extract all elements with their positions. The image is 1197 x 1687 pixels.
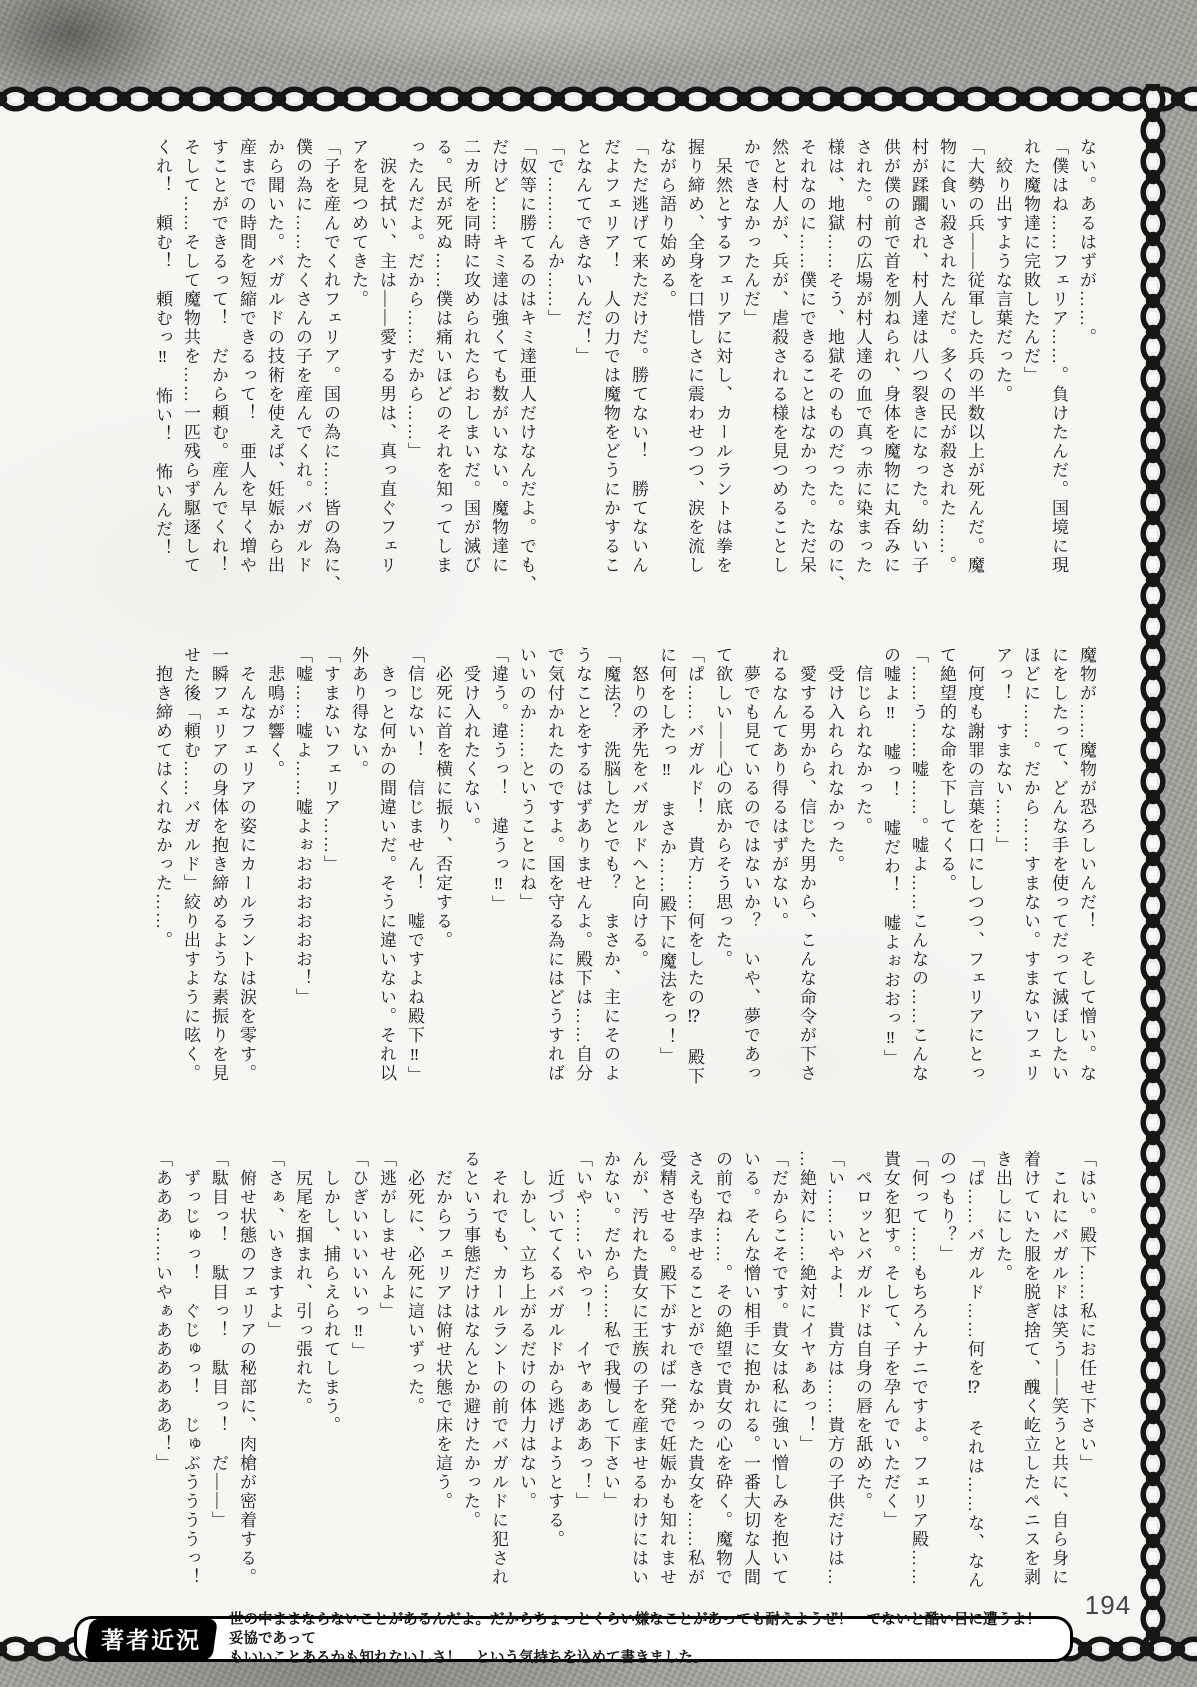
author-note-box: 著者近況 世の中ままならないことがあるんだよ。だからちょっとくらい嫌なことがあっ… <box>74 1616 1073 1662</box>
author-note-label: 著者近況 <box>84 1619 218 1660</box>
author-note-line-1: 世の中ままならないことがあるんだよ。だからちょっとくらい嫌なことがあっても耐えよ… <box>229 1611 1060 1649</box>
novel-page: ない。あるはずが……。 「僕はね……フェリア……。負けたんだ。国境に現 れた魔物… <box>0 0 1197 1687</box>
page-number: 194 <box>1078 1590 1138 1621</box>
text-band-3: 「はい。殿下……私にお任せ下さい」 これにバガルドは笑う――笑うと共に、自ら身に… <box>148 1150 1100 1622</box>
text-band-2: 魔物が……魔物が恐ろしいんだ！ そして憎い。な にをしたって、どんな手を使ってだ… <box>148 646 1100 1118</box>
text-band-1: ない。あるはずが……。 「僕はね……フェリア……。負けたんだ。国境に現 れた魔物… <box>148 138 1100 610</box>
chain-border-right-icon <box>1138 84 1168 1656</box>
author-note-line-2: もいいことあるかも知れないしさ！ という気持ちを込めて書きました。 <box>229 1649 1060 1668</box>
author-note-label-text: 著者近況 <box>101 1622 201 1655</box>
chain-border-top-icon <box>0 84 1197 114</box>
author-note-text: 世の中ままならないことがあるんだよ。だからちょっとくらい嫌なことがあっても耐えよ… <box>229 1611 1060 1668</box>
